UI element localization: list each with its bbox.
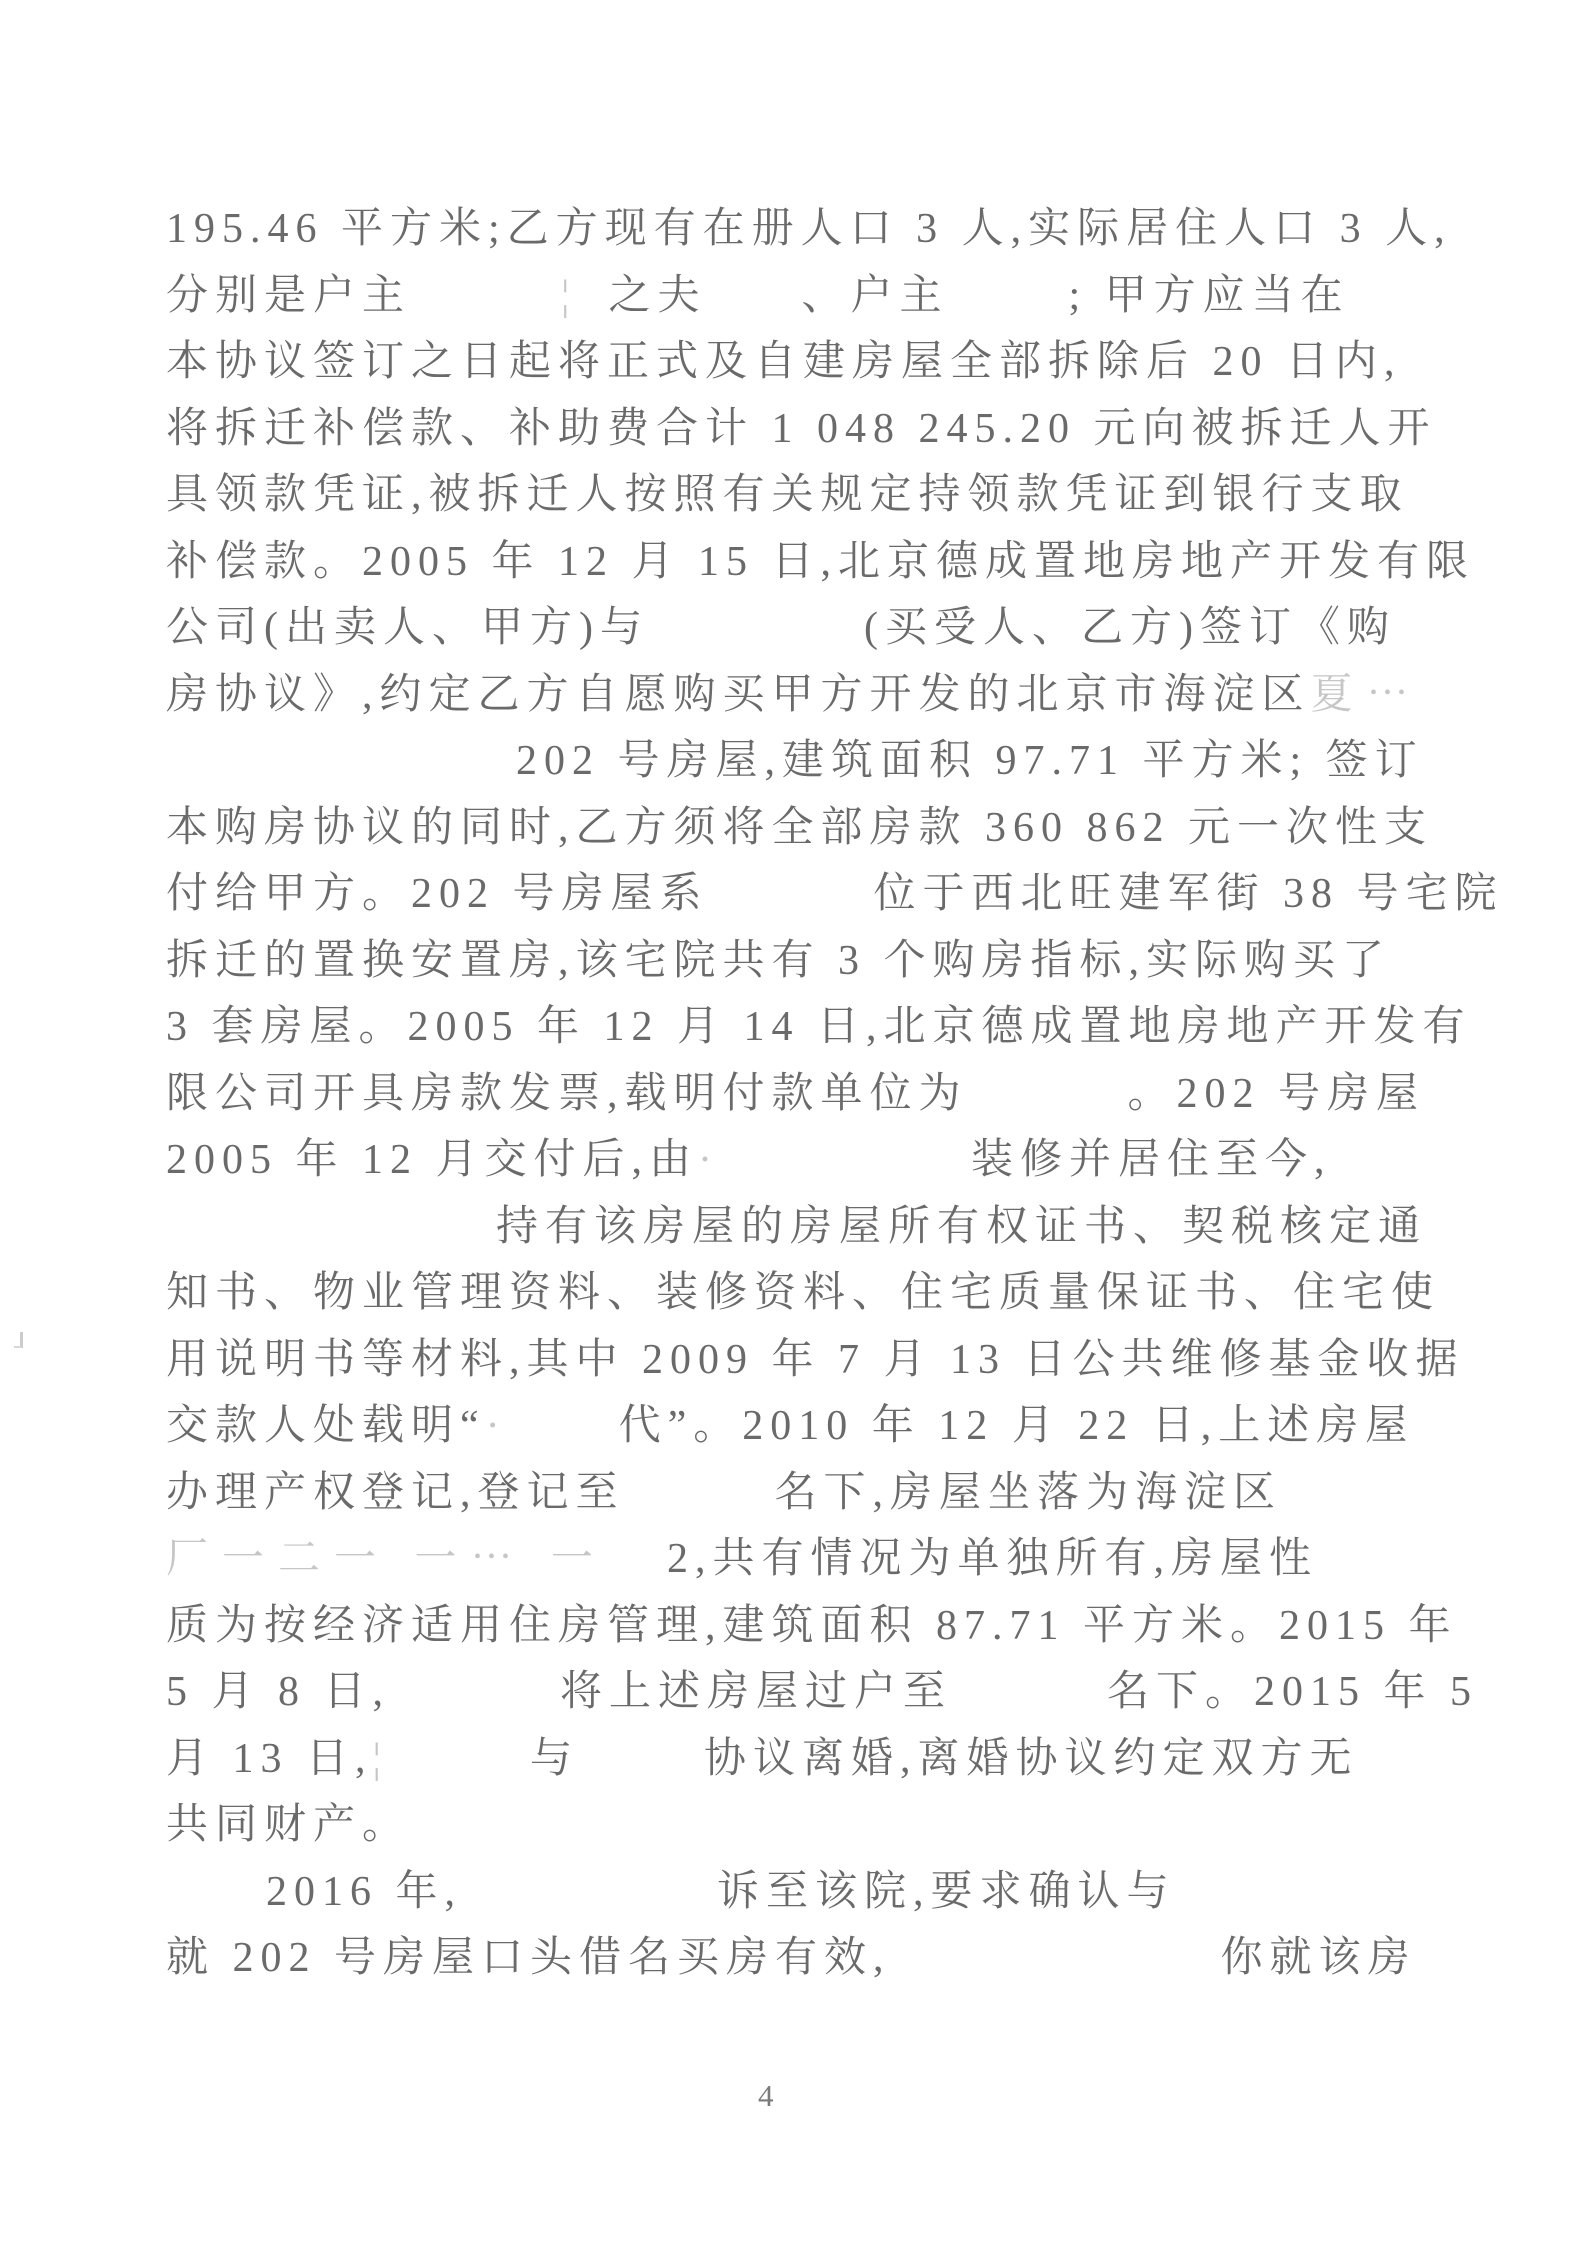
- text-line: 共同财产。: [166, 1792, 1466, 1859]
- text-segment: 办理产权登记,登记至: [166, 1460, 625, 1527]
- text-segment: 付给甲方。202 号房屋系: [166, 861, 709, 928]
- text-segment: 将上述房屋过户至: [560, 1659, 952, 1726]
- text-line: 5 月 8 日,将上述房屋过户至名下。2015 年 5: [166, 1659, 1466, 1726]
- text-line: 分别是户主¦之夫、户主; 甲方应当在: [166, 263, 1466, 330]
- redaction-gap: [579, 1791, 704, 1792]
- text-segment: 月 13 日,: [166, 1726, 373, 1793]
- text-segment: 名下,房屋坐落为海淀区: [775, 1460, 1283, 1527]
- text-line: 持有该房屋的房屋所有权证书、契税核定通: [166, 1194, 1466, 1261]
- text-segment: ; 甲方应当在: [1068, 263, 1349, 330]
- text-line: 知书、物业管理资料、装修资料、住宅质量保证书、住宅使: [166, 1260, 1466, 1327]
- text-line: 用说明书等材料,其中 2009 年 7 月 13 日公共维修基金收据: [166, 1327, 1466, 1394]
- text-line: 将拆迁补偿款、补助费合计 1 048 245.20 元向被拆迁人开: [166, 396, 1466, 463]
- text-segment: 之夫: [608, 263, 706, 330]
- text-line: 房协议》,约定乙方自愿购买甲方开发的北京市海淀区夏⋯: [166, 662, 1466, 729]
- faint-fragment: ·: [486, 1393, 514, 1460]
- scan-artifact-speck: [14, 1332, 23, 1348]
- text-line: 交款人处载明“·代”。2010 年 12 月 22 日,上述房屋: [166, 1393, 1466, 1460]
- text-line: 202 号房屋,建筑面积 97.71 平方米; 签订: [166, 728, 1466, 795]
- text-line: 2005 年 12 月交付后,由·装修并居住至今,: [166, 1127, 1466, 1194]
- text-segment: (买受人、乙方)签订《购: [864, 595, 1396, 662]
- text-segment: 位于西北旺建军街 38 号宅院: [874, 861, 1504, 928]
- text-segment: 诉至该院,要求确认与: [717, 1859, 1176, 1926]
- text-line: 厂一二一 一⋯ 一2,共有情况为单独所有,房屋性: [166, 1526, 1466, 1593]
- text-segment: 具领款凭证,被拆迁人按照有关规定持领款凭证到银行支取: [166, 462, 1409, 529]
- text-segment: 、户主: [801, 263, 948, 330]
- text-segment: 限公司开具房款发票,载明付款单位为: [166, 1061, 968, 1128]
- text-segment: 分别是户主: [166, 263, 411, 330]
- text-line: 195.46 平方米;乙方现有在册人口 3 人,实际居住人口 3 人,: [166, 196, 1466, 263]
- text-segment: 将拆迁补偿款、补助费合计 1 048 245.20 元向被拆迁人开: [166, 396, 1437, 463]
- text-segment: 2005 年 12 月交付后,由: [166, 1127, 698, 1194]
- text-segment: 质为按经济适用住房管理,建筑面积 87.71 平方米。2015 年: [166, 1593, 1458, 1660]
- text-segment: 195.46 平方米;乙方现有在册人口 3 人,实际居住人口 3 人,: [166, 196, 1452, 263]
- text-line: 拆迁的置换安置房,该宅院共有 3 个购房指标,实际购买了: [166, 928, 1466, 995]
- text-segment: 协议离婚,离婚协议约定双方无: [704, 1726, 1359, 1793]
- text-line: 具领款凭证,被拆迁人按照有关规定持领款凭证到银行支取: [166, 462, 1466, 529]
- faint-fragment: ¦: [373, 1726, 395, 1793]
- text-segment: 名下。2015 年 5: [1107, 1659, 1478, 1726]
- text-segment: 本协议签订之日起将正式及自建房屋全部拆除后 20 日内,: [166, 329, 1402, 396]
- text-segment: 用说明书等材料,其中 2009 年 7 月 13 日公共维修基金收据: [166, 1327, 1465, 1394]
- text-segment: 房协议》,约定乙方自愿购买甲方开发的北京市海淀区: [166, 662, 1311, 729]
- text-segment: 共同财产。: [166, 1792, 411, 1859]
- faint-fragment: ¦: [561, 263, 583, 330]
- text-segment: 知书、物业管理资料、装修资料、住宅质量保证书、住宅使: [166, 1260, 1440, 1327]
- text-line: 质为按经济适用住房管理,建筑面积 87.71 平方米。2015 年: [166, 1593, 1466, 1660]
- scanned-page: 195.46 平方米;乙方现有在册人口 3 人,实际居住人口 3 人,分别是户主…: [0, 0, 1587, 2244]
- text-segment: 装修并居住至今,: [971, 1127, 1332, 1194]
- text-line: 3 套房屋。2005 年 12 月 14 日,北京德成置地房地产开发有: [166, 994, 1466, 1061]
- text-segment: 持有该房屋的房屋所有权证书、契税核定通: [496, 1194, 1427, 1261]
- faint-fragment: 厂一二一 一⋯ 一: [166, 1526, 607, 1593]
- text-segment: 就 202 号房屋口头借名买房有效,: [166, 1925, 891, 1992]
- text-segment: 补偿款。2005 年 12 月 15 日,北京德成置地房地产开发有限: [166, 529, 1475, 596]
- redaction-gap: [395, 1791, 530, 1792]
- text-segment: 2016 年,: [266, 1859, 462, 1926]
- redaction-gap: [891, 1991, 1221, 1992]
- text-line: 就 202 号房屋口头借名买房有效,你就该房: [166, 1925, 1466, 1992]
- text-line: 2016 年,诉至该院,要求确认与: [166, 1859, 1466, 1926]
- text-segment: 拆迁的置换安置房,该宅院共有 3 个购房指标,实际购买了: [166, 928, 1391, 995]
- text-line: 办理产权登记,登记至名下,房屋坐落为海淀区: [166, 1460, 1466, 1527]
- text-segment: 202 号房屋,建筑面积 97.71 平方米; 签订: [516, 728, 1424, 795]
- text-line: 本购房协议的同时,乙方须将全部房款 360 862 元一次性支: [166, 795, 1466, 862]
- text-line: 付给甲方。202 号房屋系位于西北旺建军街 38 号宅院: [166, 861, 1466, 928]
- text-line: 月 13 日,¦与协议离婚,离婚协议约定双方无: [166, 1726, 1466, 1793]
- text-segment: 交款人处载明“: [166, 1393, 486, 1460]
- document-body: 195.46 平方米;乙方现有在册人口 3 人,实际居住人口 3 人,分别是户主…: [166, 196, 1466, 1992]
- text-line: 限公司开具房款发票,载明付款单位为。202 号房屋: [166, 1061, 1466, 1128]
- text-segment: 与: [530, 1726, 579, 1793]
- text-segment: 代”。2010 年 12 月 22 日,上述房屋: [619, 1393, 1415, 1460]
- page-number: 4: [758, 2078, 774, 2114]
- text-line: 补偿款。2005 年 12 月 15 日,北京德成置地房地产开发有限: [166, 529, 1466, 596]
- text-segment: 。202 号房屋: [1128, 1061, 1426, 1128]
- text-line: 公司(出卖人、甲方)与(买受人、乙方)签订《购: [166, 595, 1466, 662]
- text-segment: 5 月 8 日,: [166, 1659, 390, 1726]
- text-line: 本协议签订之日起将正式及自建房屋全部拆除后 20 日内,: [166, 329, 1466, 396]
- text-segment: 本购房协议的同时,乙方须将全部房款 360 862 元一次性支: [166, 795, 1433, 862]
- text-segment: 公司(出卖人、甲方)与: [166, 595, 649, 662]
- faint-fragment: ·: [698, 1127, 726, 1194]
- faint-fragment: 夏⋯: [1311, 662, 1423, 729]
- text-segment: 你就该房: [1221, 1925, 1417, 1992]
- text-segment: 2,共有情况为单独所有,房屋性: [667, 1526, 1318, 1593]
- text-segment: 3 套房屋。2005 年 12 月 14 日,北京德成置地房地产开发有: [166, 994, 1472, 1061]
